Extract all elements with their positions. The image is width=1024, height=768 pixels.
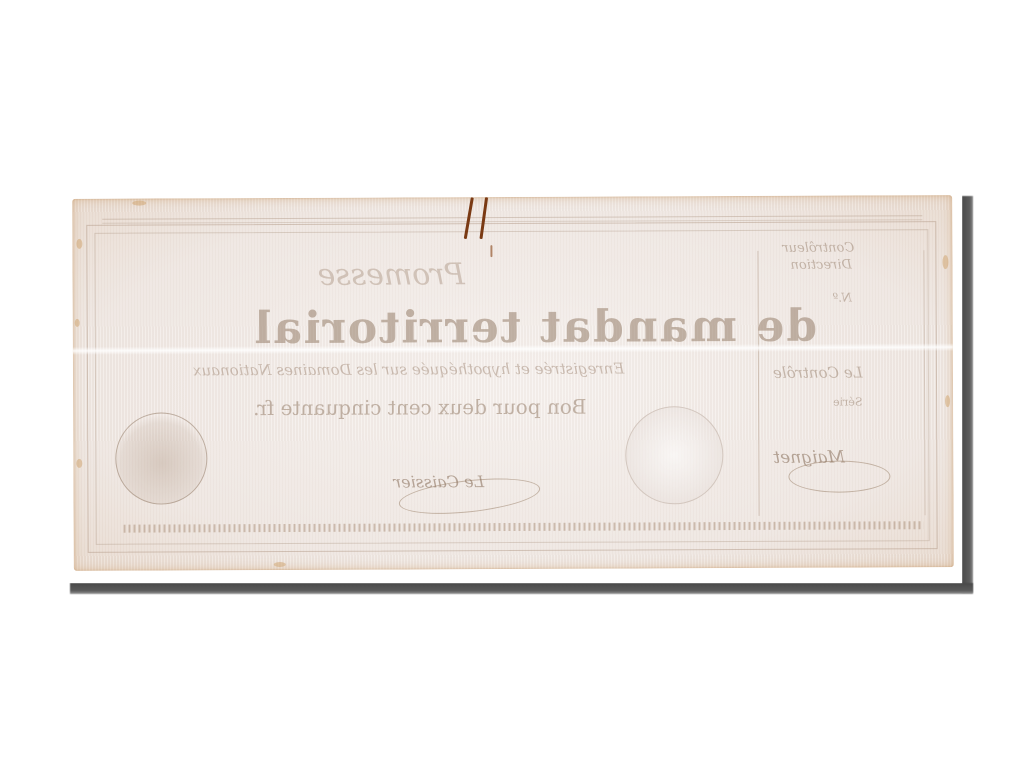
foxing-stain — [132, 201, 146, 206]
ink-stroke — [490, 245, 492, 257]
foxing-stain — [942, 255, 948, 269]
foxing-stain — [274, 562, 286, 567]
banknote: Promesse de mandat territorial Enregistr… — [72, 195, 954, 571]
right-panel-series: Série — [833, 395, 862, 408]
left-seal-icon — [115, 412, 207, 504]
right-panel-line1: Contrôleur — [782, 241, 854, 256]
foxing-stain — [75, 319, 80, 327]
foxing-stain — [76, 459, 82, 468]
right-panel-line2: Direction — [790, 258, 851, 273]
mount-shadow-bottom — [70, 583, 973, 594]
mount-shadow-right — [962, 196, 973, 593]
right-panel-name: Le Contrôle — [773, 363, 863, 381]
right-panel-number: N.º — [833, 291, 852, 305]
dry-seal-icon — [625, 406, 723, 504]
subtitle-script: Enregistrée et hypothéquée sur les Domai… — [193, 360, 624, 380]
header-script: Promesse — [317, 257, 464, 293]
foxing-stain — [945, 395, 950, 407]
foxing-stain — [76, 239, 82, 249]
amount-text: Bon pour deux cent cinquante fr. — [253, 395, 587, 420]
